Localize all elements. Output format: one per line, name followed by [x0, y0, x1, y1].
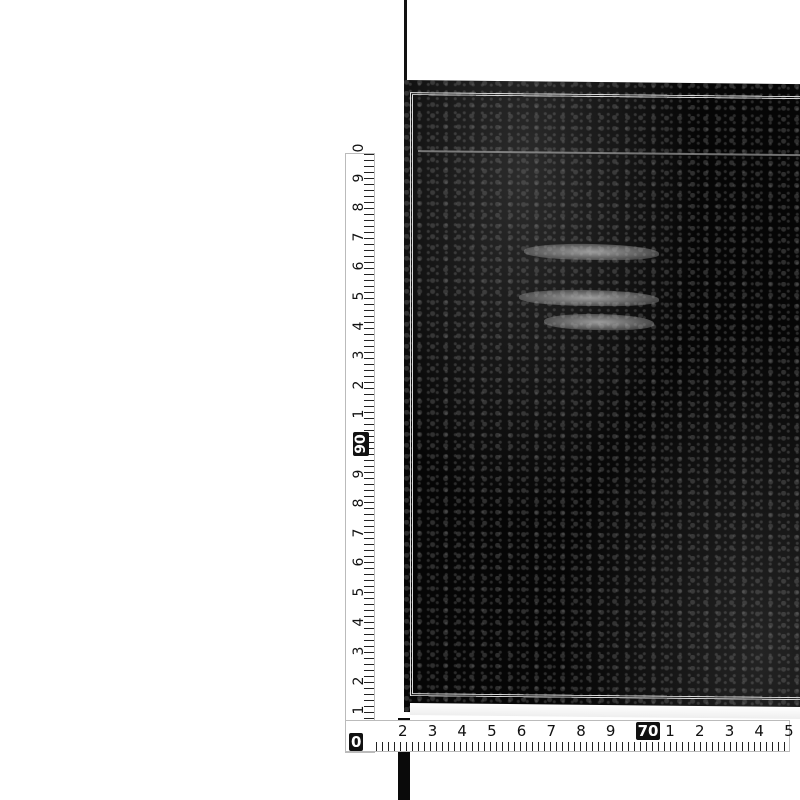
ruler-label: 0: [349, 733, 363, 751]
ruler-label: 6: [517, 722, 527, 740]
horizontal-ruler: 0234567897012345: [345, 720, 790, 752]
ruler-label: 2: [351, 671, 367, 691]
ruler-label: 0: [351, 138, 367, 158]
ruler-label: 3: [428, 722, 438, 740]
ruler-label: 5: [351, 582, 367, 602]
ruler-label: 9: [351, 168, 367, 188]
ruler-label: 6: [351, 256, 367, 276]
spine-line: [404, 0, 407, 92]
ruler-label: 7: [351, 523, 367, 543]
ruler-label: 90: [353, 432, 369, 456]
ruler-label: 9: [351, 464, 367, 484]
ruler-label: 8: [351, 493, 367, 513]
ruler-label: 1: [665, 722, 675, 740]
ruler-label: 2: [695, 722, 705, 740]
ruler-label: 3: [725, 722, 735, 740]
ruler-label: 4: [351, 316, 367, 336]
cover-border-frame: [410, 92, 800, 700]
book-cover: [404, 80, 800, 716]
ruler-ticks: [376, 742, 789, 751]
ruler-label: 4: [351, 612, 367, 632]
ruler-label: 1: [351, 404, 367, 424]
vertical-ruler: 0123456789901234567890: [345, 153, 375, 753]
ruler-label: 5: [351, 286, 367, 306]
ruler-label: 9: [606, 722, 616, 740]
ruler-label: 2: [398, 722, 408, 740]
ruler-label: 70: [636, 722, 661, 740]
ruler-label: 6: [351, 552, 367, 572]
ruler-label: 8: [351, 197, 367, 217]
ruler-label: 5: [487, 722, 497, 740]
ruler-label: 3: [351, 641, 367, 661]
ruler-label: 1: [351, 700, 367, 720]
ruler-label: 2: [351, 375, 367, 395]
ruler-label: 3: [351, 345, 367, 365]
ruler-label: 7: [547, 722, 557, 740]
ruler-label: 8: [576, 722, 586, 740]
ruler-label: 5: [784, 722, 794, 740]
ruler-label: 7: [351, 227, 367, 247]
ruler-label: 4: [457, 722, 467, 740]
ruler-label: 4: [754, 722, 764, 740]
